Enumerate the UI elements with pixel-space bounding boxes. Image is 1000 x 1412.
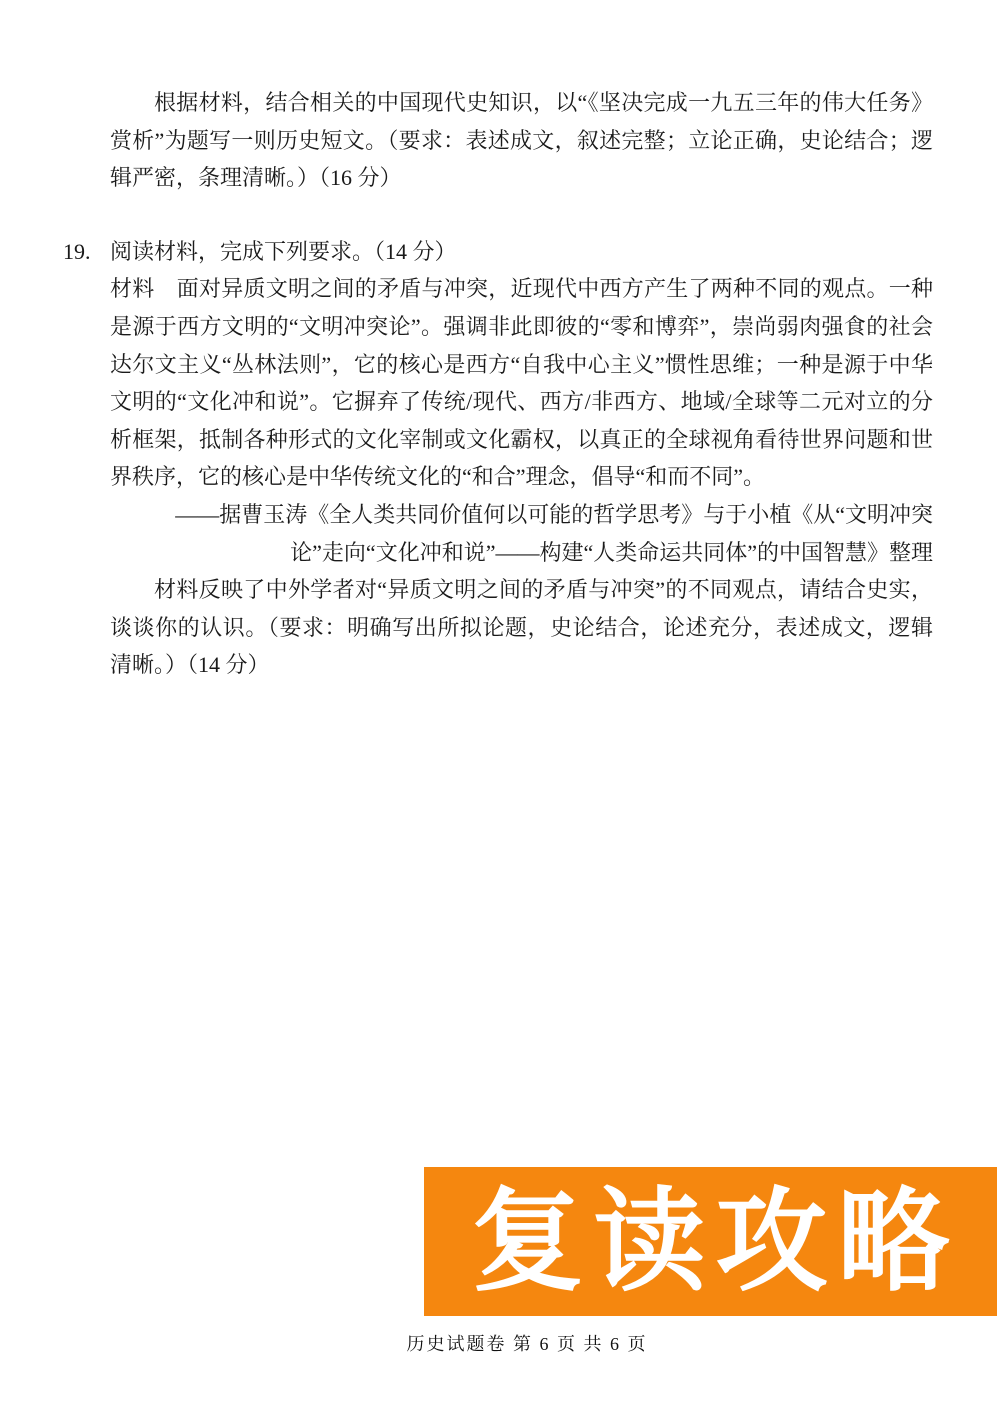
promo-banner-text: 复读攻略	[462, 1186, 960, 1298]
question-19: 19. 阅读材料，完成下列要求。（14 分） 材料 面对异质文明之间的矛盾与冲突…	[110, 233, 933, 684]
exam-content: 根据材料，结合相关的中国现代史知识，以“《坚决完成一九五三年的伟大任务》赏析”为…	[110, 84, 933, 684]
question19-source-line-1: ——据曹玉涛《全人类共同价值何以可能的哲学思考》与于小植《从“文明冲突	[110, 496, 933, 534]
question19-source-line-2: 论”走向“文化冲和说”——构建“人类命运共同体”的中国智慧》整理	[110, 534, 933, 572]
footer-page-indicator: 历史试题卷 第 6 页 共 6 页	[407, 1334, 648, 1354]
promo-banner: 复读攻略	[424, 1167, 997, 1316]
question19-number: 19.	[63, 233, 91, 271]
question19-task: 材料反映了中外学者对“异质文明之间的矛盾与冲突”的不同观点，请结合史实，谈谈你的…	[110, 571, 933, 684]
question19-prompt: 阅读材料，完成下列要求。（14 分）	[110, 233, 933, 271]
exam-page: 根据材料，结合相关的中国现代史知识，以“《坚决完成一九五三年的伟大任务》赏析”为…	[0, 0, 1000, 1412]
question18-instruction: 根据材料，结合相关的中国现代史知识，以“《坚决完成一九五三年的伟大任务》赏析”为…	[110, 84, 933, 197]
question19-material: 材料 面对异质文明之间的矛盾与冲突，近现代中西方产生了两种不同的观点。一种是源于…	[110, 270, 933, 496]
question19-body: 阅读材料，完成下列要求。（14 分） 材料 面对异质文明之间的矛盾与冲突，近现代…	[110, 233, 933, 684]
page-footer: 历史试题卷 第 6 页 共 6 页	[27, 1332, 1000, 1356]
